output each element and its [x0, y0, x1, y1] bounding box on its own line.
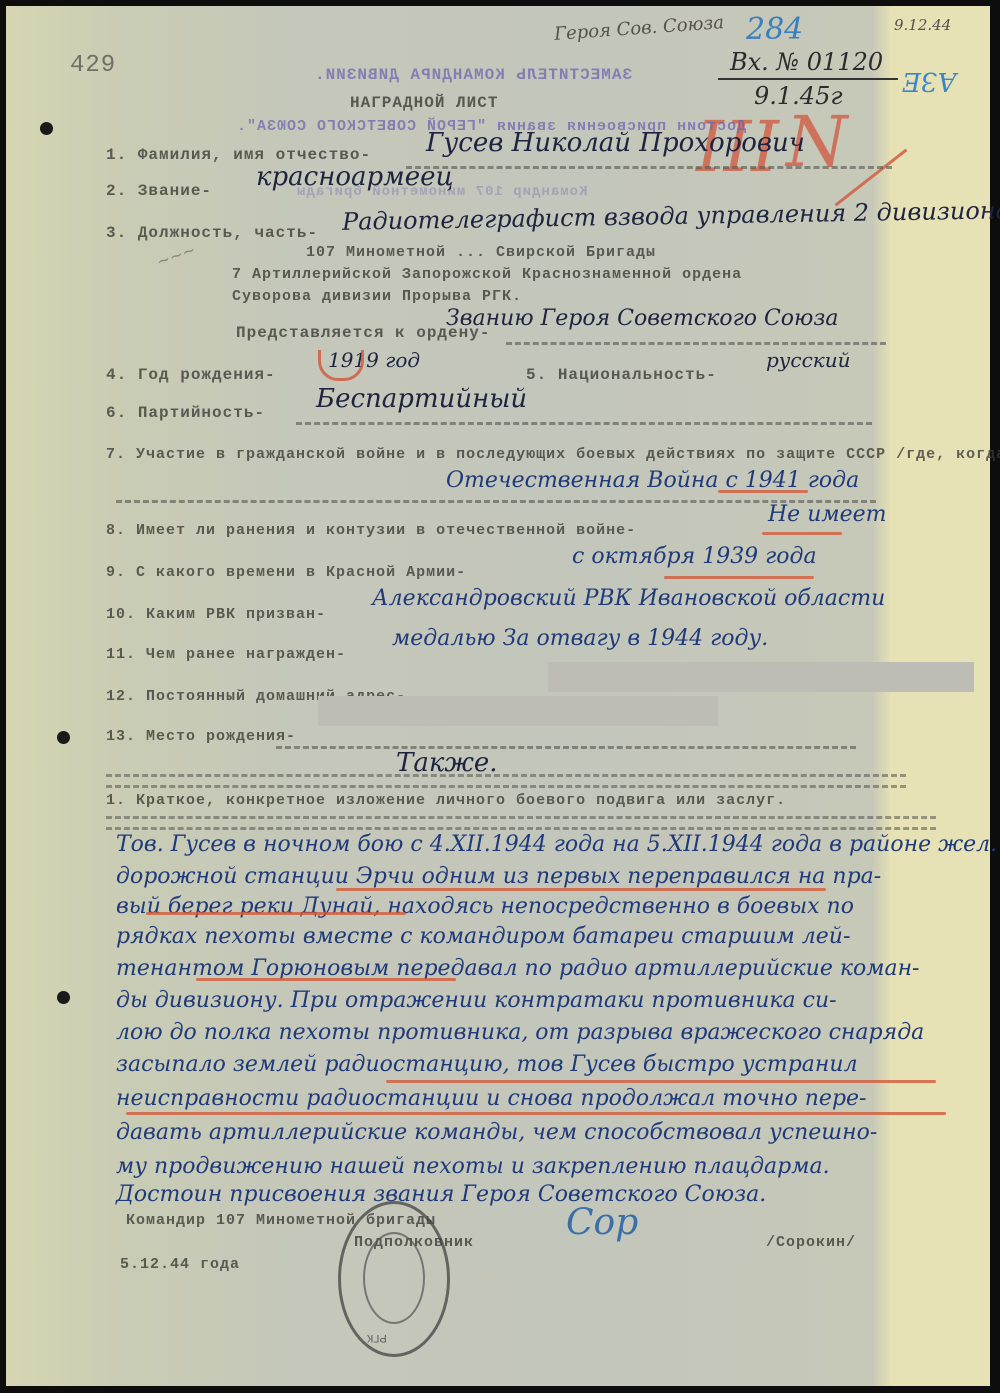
field-line — [116, 500, 876, 503]
red-underline — [718, 490, 808, 493]
field-value-rvk: Александровский РВК Ивановской области — [372, 586, 885, 611]
document-title: НАГРАДНОЙ ЛИСТ — [350, 94, 498, 112]
field-label-rvk: 10. Каким РВК призван- — [106, 606, 326, 623]
field-label-party: 6. Партийность- — [106, 404, 265, 422]
field-line — [506, 342, 886, 345]
redaction-block — [548, 662, 974, 692]
punch-hole — [57, 991, 70, 1004]
red-underline — [196, 978, 456, 981]
field-label-birthplace: 13. Место рождения- — [106, 728, 296, 745]
red-underline — [386, 1080, 936, 1083]
registration-divider — [718, 78, 898, 80]
field-value-prior-awards: медалью За отвагу в 1944 году. — [392, 626, 768, 651]
redaction-block — [318, 696, 718, 726]
feat-line: давать артиллерийские команды, чем спосо… — [116, 1120, 877, 1145]
feat-line: ды дивизиону. При отражении контратаки п… — [116, 988, 837, 1013]
feat-line: му продвижению нашей пехоты и закреплени… — [116, 1154, 830, 1179]
red-circle-mark — [318, 350, 364, 381]
field-value-service-since: с октября 1939 года — [572, 544, 817, 569]
signature-name: /Сорокин/ — [766, 1234, 856, 1251]
field-value-party: Беспартийный — [316, 384, 527, 414]
feat-line: вый берег реки Дунай, находясь непосредс… — [116, 894, 854, 919]
award-document-page: 429 Героя Сов. Союза 284 9.12.44 Вх. № 0… — [6, 6, 990, 1386]
seal-text: РГК — [367, 1332, 387, 1344]
mirror-stamp-header: ЗАМЕСТИТЕЛЬ КОМАНДИРА ДИВИЗИИ. — [314, 66, 632, 84]
signature-date: 5.12.44 года — [120, 1256, 240, 1273]
date-top-right: 9.12.44 — [894, 16, 951, 34]
section-heading-feat: 1. Краткое, конкретное изложение личного… — [106, 792, 786, 809]
seal-emblem — [363, 1232, 425, 1324]
red-underline — [762, 532, 842, 535]
feat-line: Тов. Гусев в ночном бою с 4.XII.1944 год… — [116, 832, 997, 857]
field-label-position: 3. Должность, часть- — [106, 224, 318, 242]
pencil-scribble: ~~~ — [154, 240, 198, 272]
field-label-nationality: 5. Национальность- — [526, 366, 717, 384]
position-unit-line-2: 7 Артиллерийской Запорожской Краснознаме… — [232, 266, 742, 283]
field-label-wounds: 8. Имеет ли ранения и контузии в отечест… — [106, 522, 636, 539]
blue-corner-mark: АЗЕ — [902, 66, 957, 96]
archive-page-number: 429 — [70, 52, 116, 79]
red-underline — [126, 1112, 946, 1115]
field-label-rank: 2. Звание- — [106, 182, 212, 200]
feat-line: неисправности радиостанции и снова продо… — [116, 1086, 866, 1111]
feat-line: засыпало землей радиостанцию, тов Гусев … — [116, 1052, 858, 1077]
position-unit-line-1: 107 Минометной ... Свирской Бригады — [306, 244, 656, 261]
feat-line: дорожной станции Эрчи одним из первых пе… — [116, 864, 881, 889]
punch-hole — [57, 731, 70, 744]
feat-line: рядках пехоты вместе с командиром батаре… — [116, 924, 850, 949]
field-line — [406, 166, 892, 169]
field-value-nationality: русский — [766, 348, 851, 372]
red-underline — [336, 888, 826, 891]
red-underline — [146, 912, 406, 915]
field-label-birth-year: 4. Год рождения- — [106, 366, 276, 384]
pencil-note: Героя Сов. Союза — [553, 12, 724, 45]
section-divider — [106, 816, 936, 830]
field-value-award: Званию Героя Советского Союза — [446, 306, 839, 331]
field-label-civil-war: 7. Участие в гражданской войне и в после… — [106, 446, 1000, 463]
punch-hole — [40, 122, 53, 135]
feat-line: Достоин присвоения звания Героя Советско… — [116, 1182, 766, 1207]
registration-number: Вх. № 01120 — [730, 48, 883, 76]
field-value-name: Гусев Николай Прохорович — [426, 128, 805, 158]
field-label-service-since: 9. С какого времени в Красной Армии- — [106, 564, 466, 581]
official-seal: РГК — [338, 1201, 450, 1357]
field-value-wounds: Не имеет — [768, 502, 887, 527]
handwritten-signature: Сор — [566, 1202, 638, 1243]
field-label-prior-awards: 11. Чем ранее награжден- — [106, 646, 346, 663]
section-divider — [106, 774, 906, 788]
blue-number: 284 — [746, 12, 803, 47]
position-unit-line-3: Суворова дивизии Прорыва РГК. — [232, 288, 522, 305]
field-line — [296, 422, 872, 425]
field-line — [276, 746, 856, 749]
field-value-rank: красноармеец — [256, 162, 454, 192]
feat-line: лою до полка пехоты противника, от разры… — [116, 1020, 924, 1045]
red-underline — [664, 576, 814, 579]
